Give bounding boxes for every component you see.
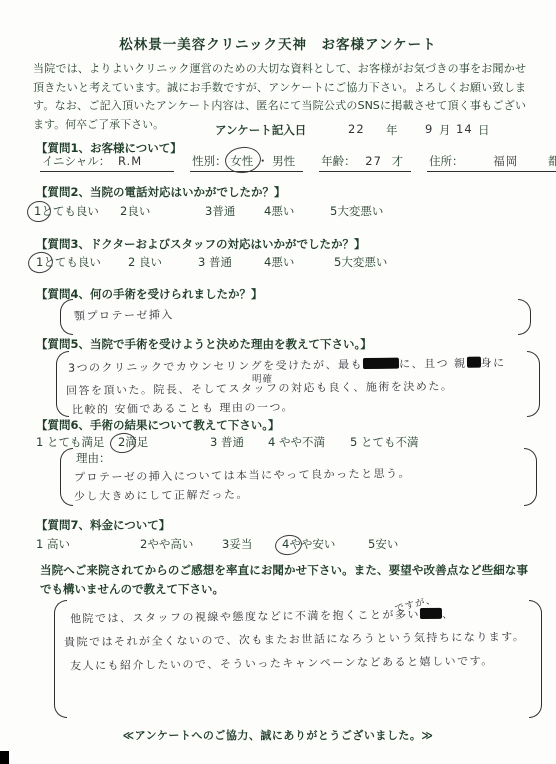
q5-heading: 【質問5、当院で手術を受けようと決めた理由を教えて下さい。】 [36,336,372,352]
footer-thanks: ≪アンケートへのご協力、誠にありがとうございました。≫ [0,727,556,743]
q1-gender-field: 性別： 女性 ・ 男性 [190,153,303,172]
q6-heading: 【質問6、手術の結果について教えて下さい。】 [36,417,280,433]
age-value: 27 [359,154,388,168]
q3-option-5: 5大変悪い [334,254,387,270]
q7-option-4: 4やや安い [282,536,335,552]
redaction-mark [363,358,399,369]
date-label: アンケート記入日 [215,122,306,138]
q3-option-3: 3 普通 [198,254,232,270]
redaction-mark [420,608,442,619]
answer-bracket-left [54,600,67,718]
q7-option-1: 1 高い [36,536,70,552]
initial-value: R.M [114,154,166,168]
q5-answer-line2: 回答を頂いた。院長、そしてスタッフの対応も良く、施術を決めた。 [66,378,453,399]
q3-heading: 【質問3、ドクターおよびスタッフの対応はいかがでしたか？】 [36,236,366,252]
q2-option-3: 3普通 [205,203,235,219]
q4-answer-handwriting: 顎プロテーゼ挿入 [74,306,174,323]
redaction-mark [467,357,481,368]
age-unit: 才 [392,154,404,168]
q7-option-3: 3妥当 [222,536,252,552]
feedback-line3: 友人にも紹介したいので、そういったキャンペーンなどあると嬉しいです。 [70,652,494,673]
answer-bracket-right [527,351,540,417]
q2-option-5: 5大変悪い [330,203,383,219]
q3-option-2: 2 良い [128,254,162,270]
q1-age-field: 年齢： 27 才 [319,153,411,172]
q2-heading: 【質問2、当院の電話対応はいかがでしたか？】 [36,184,286,200]
q3-option-1: 1とても良い [36,254,101,270]
q6-reason-line2: 少し大きめにして正解だった。 [74,486,249,504]
q5-answer-line1: 3つのクリニックでカウンセリングを受けたが、最もに、且つ 親身に [68,354,506,375]
q3-options: 1とても良い 2 良い 3 普通 4悪い 5大変悪い [0,254,556,272]
page-title: 松林景一美容クリニック天神 お客様アンケート [0,33,556,53]
address-suffix: 都道府県 [548,154,556,168]
q7-heading: 【質問7、料金について】 [36,517,170,533]
q1-initial-field: イニシャル： R.M [40,153,174,172]
q6-reason-label: 理由： [76,450,111,466]
q7-option-2: 2やや高い [140,536,193,552]
scan-artifact [0,751,9,764]
q2-options: 1とても良い 2良い 3普通 4悪い 5大変悪い [0,203,556,221]
date-day-unit: 日 [478,122,490,138]
answer-bracket-left [60,448,73,506]
gender-separator: ・ [257,154,269,168]
date-line: アンケート記入日 22 年 9 月 14 日 [0,122,556,140]
initial-label: イニシャル： [42,154,110,168]
q6-option-4: 4 やや不満 [268,434,325,450]
q6-option-2: 2満足 [118,434,148,450]
date-day-value: 14 [456,122,473,136]
answer-bracket-right [529,600,542,718]
date-year-unit: 年 [386,122,398,138]
q2-option-2: 2良い [120,203,150,219]
date-month-value: 9 [425,122,433,136]
gender-female-option: 女性 [230,153,253,169]
q7-options: 1 高い 2やや高い 3妥当 4やや安い 5安い [0,536,556,554]
date-month-unit: 月 [439,122,451,138]
gender-male-option: 男性 [272,154,295,168]
age-label: 年齢： [321,154,356,168]
q1-address-field: 住所： 福岡 都道府県 [427,153,556,172]
q2-option-1: 1とても良い [34,203,99,219]
q2-option-4: 4悪い [264,203,294,219]
q3-option-4: 4悪い [264,254,294,270]
q1-answer-row: イニシャル： R.M 性別： 女性 ・ 男性 年齢： 27 才 住所： 福岡 都… [40,153,556,172]
feedback-prompt: 当院へご来院されてからのご感想を率直にお聞かせ下さい。また、要望や改善点など些細… [40,561,528,598]
q7-option-5: 5安い [368,536,398,552]
q5-answer-line3: 比較的 安価であることも 理由の一つ。 [72,399,294,418]
q6-reason-line1: プロテーゼの挿入については本当にやって良かったと思う。 [74,465,411,485]
q6-option-5: 5 とても不満 [350,434,418,450]
address-label: 住所： [429,154,464,168]
address-value: 福岡 [467,153,544,169]
feedback-line2: 貴院ではそれが全くないので、次もまたお世話になろうという気持ちになります。 [64,628,526,650]
scanned-survey-document: 松林景一美容クリニック天神 お客様アンケート 当院では、よりよいクリニック運営の… [0,0,556,764]
answer-bracket-right [518,299,531,335]
answer-bracket-right [524,448,537,506]
q6-option-3: 3 普通 [210,434,244,450]
gender-label: 性別： [192,154,227,168]
answer-bracket-left [60,299,73,335]
date-year-value: 22 [348,122,365,136]
